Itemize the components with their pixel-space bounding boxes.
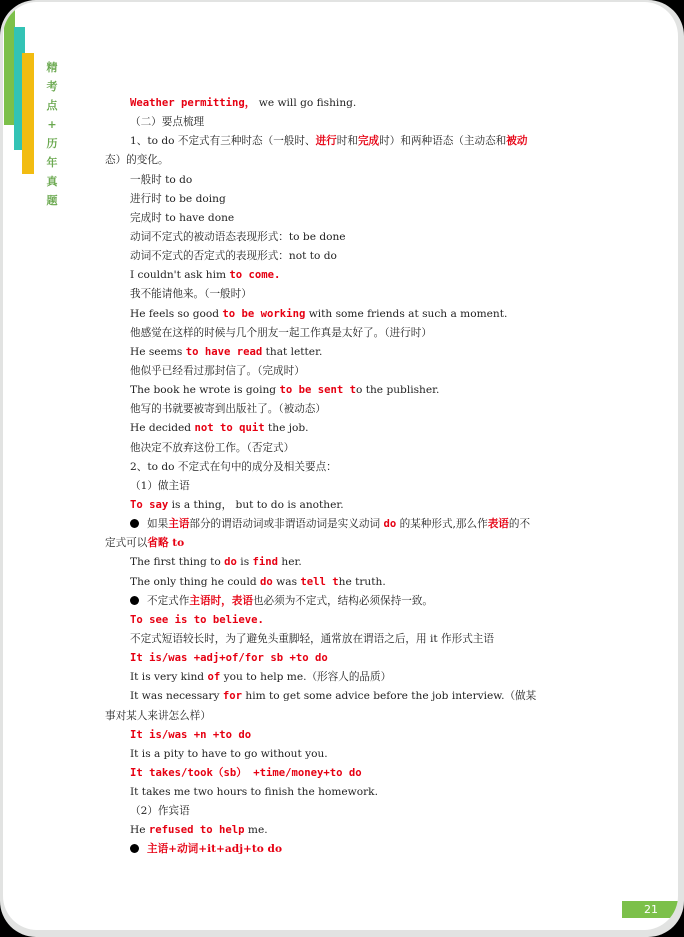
vtitle-char: 题 (45, 191, 59, 210)
text: I couldn't ask him (130, 269, 229, 281)
highlight: It is/was +adj+of/for sb +to do (130, 652, 328, 664)
vtitle-char: 点 (45, 96, 59, 115)
text: He (130, 824, 149, 836)
text-line: 动词不定式的否定式的表现形式：not to do (105, 247, 583, 266)
text: It is very kind (130, 671, 207, 683)
text-line: To say is a thing， but to do is another. (105, 496, 583, 515)
text: me. (245, 824, 268, 836)
vtitle-char: 年 (45, 153, 59, 172)
text: The book he wrote is going (130, 384, 279, 396)
highlight: 主语+动词+it+adj+to do (147, 843, 282, 855)
highlight: to be working (222, 308, 305, 320)
text-line: He refused to help me. (105, 821, 583, 840)
text-line: The book he wrote is going to be sent to… (105, 381, 583, 400)
highlight: do (383, 518, 396, 530)
text-line: 一般时 to do (105, 171, 583, 190)
text-line: It is a pity to have to go without you. (105, 745, 583, 764)
text-line: The only thing he could do was tell the … (105, 573, 583, 592)
text-line: 我不能请他来。（一般时） (105, 285, 583, 304)
subsection-heading: （1）做主语 (105, 477, 583, 496)
text: He decided (130, 422, 194, 434)
text: The only thing he could (130, 576, 260, 588)
vtitle-char: 精 (45, 58, 59, 77)
text-line: 定式可以省略 to (105, 534, 583, 553)
text: was (273, 576, 301, 588)
section-vertical-title: 精 考 点 + 历 年 真 题 (45, 58, 59, 210)
text-line: I couldn't ask him to come. (105, 266, 583, 285)
text-line: It is/was +n +to do (105, 726, 583, 745)
highlight: to have read (186, 346, 263, 358)
text-line: 动词不定式的被动语态表现形式：to be done (105, 228, 583, 247)
text-line: Weather permitting， we will go fishing. (105, 94, 583, 113)
text-line: It was necessary for him to get some adv… (105, 687, 583, 706)
bullet-line: 主语+动词+it+adj+to do (105, 840, 583, 859)
document-body: Weather permitting， we will go fishing. … (105, 94, 583, 860)
text: 不定式作 (147, 595, 189, 607)
text-line: It takes/took（sb） +time/money+to do (105, 764, 583, 783)
highlight: tell t (300, 576, 338, 588)
highlight: find (253, 556, 279, 568)
text-line: To see is to believe. (105, 611, 583, 630)
text: The first thing to (130, 556, 224, 568)
text-line: It takes me two hours to finish the home… (105, 783, 583, 802)
text: you to help me.（形容人的品质） (220, 671, 391, 683)
highlight: not to quit (194, 422, 264, 434)
text: with some friends at such a moment. (305, 308, 507, 320)
vtitle-char: 历 (45, 134, 59, 153)
text: 时和 (337, 135, 358, 147)
text-line: He decided not to quit the job. (105, 419, 583, 438)
highlight: It takes/took（sb） +time/money+to do (130, 767, 362, 779)
text: 定式可以 (105, 537, 147, 549)
text-line: 事对某人来讲怎么样） (105, 707, 583, 726)
highlight: 时， (211, 595, 232, 607)
text-line: It is/was +adj+of/for sb +to do (105, 649, 583, 668)
text-line: He feels so good to be working with some… (105, 305, 583, 324)
text: 也必须为不定式，结构必须保持一致。 (253, 595, 433, 607)
highlight: 完成 (358, 135, 379, 147)
highlight: To see is to believe. (130, 614, 264, 626)
highlight: 被动 (506, 135, 527, 147)
text-line: It is very kind of you to help me.（形容人的品… (105, 668, 583, 687)
text: 的某种形式,那么作 (396, 518, 487, 530)
highlight: 省略 to (147, 537, 184, 549)
page-background: 精 考 点 + 历 年 真 题 Weather permitting， we w… (0, 0, 684, 937)
text: him to get some advice before the job in… (242, 690, 536, 702)
text-line: 他感觉在这样的时候与几个朋友一起工作真是太好了。（进行时） (105, 324, 583, 343)
bullet-icon (130, 844, 139, 853)
highlight: It is/was +n +to do (130, 729, 251, 741)
highlight: to be sent t (279, 384, 356, 396)
text: 如果 (147, 518, 168, 530)
highlight: 表语 (488, 518, 509, 530)
highlight: 进行 (316, 135, 337, 147)
text: is (237, 556, 253, 568)
text-line: 他决定不放弃这份工作。（否定式） (105, 439, 583, 458)
highlight: for (223, 690, 242, 702)
text: that letter. (262, 346, 322, 358)
text: It was necessary (130, 690, 223, 702)
text: her. (278, 556, 302, 568)
highlight: to come. (229, 269, 280, 281)
text: o the publisher. (356, 384, 439, 396)
highlight: of (207, 671, 220, 683)
text: is a thing， but to do is another. (168, 499, 343, 511)
highlight: To say (130, 499, 168, 511)
text-line: The first thing to do is find her. (105, 553, 583, 572)
text: 时）和两种语态（主动态和 (379, 135, 506, 147)
highlight: 主语 (168, 518, 189, 530)
vtitle-char: + (45, 115, 59, 134)
text-line: 1、to do 不定式有三种时态（一般时、进行时和完成时）和两种语态（主动态和被… (105, 132, 583, 151)
text-line: 不定式短语较长时，为了避免头重脚轻，通常放在谓语之后，用 it 作形式主语 (105, 630, 583, 649)
decorative-bar-yellow (22, 53, 34, 174)
highlight: do (224, 556, 237, 568)
text: we will go fishing. (255, 97, 356, 109)
text: 的不 (509, 518, 530, 530)
text-line: He seems to have read that letter. (105, 343, 583, 362)
bullet-line: 不定式作主语时，表语也必须为不定式，结构必须保持一致。 (105, 592, 583, 611)
page-number-badge: 21 (622, 901, 678, 918)
bullet-line: 如果主语部分的谓语动词或非谓语动词是实义动词 do 的某种形式,那么作表语的不 (105, 515, 583, 534)
text: He seems (130, 346, 186, 358)
text-line: 态）的变化。 (105, 151, 583, 170)
text: 部分的谓语动词或非谓语动词是实义动词 (189, 518, 383, 530)
highlight: Weather permitting， (130, 97, 255, 109)
text: He feels so good (130, 308, 222, 320)
vtitle-char: 真 (45, 172, 59, 191)
highlight: do (260, 576, 273, 588)
text-line: 他似乎已经看过那封信了。（完成时） (105, 362, 583, 381)
text: 1、to do 不定式有三种时态（一般时、 (130, 135, 316, 147)
highlight: refused to help (149, 824, 245, 836)
subsection-heading: （2）作宾语 (105, 802, 583, 821)
section-heading: （二）要点梳理 (105, 113, 583, 132)
text: the job. (265, 422, 309, 434)
text-line: 2、to do 不定式在句中的成分及相关要点： (105, 458, 583, 477)
text-line: 完成时 to have done (105, 209, 583, 228)
text-line: 进行时 to be doing (105, 190, 583, 209)
text-line: 他写的书就要被寄到出版社了。（被动态） (105, 400, 583, 419)
vtitle-char: 考 (45, 77, 59, 96)
highlight: 表语 (232, 595, 253, 607)
document-sheet: 精 考 点 + 历 年 真 题 Weather permitting， we w… (3, 2, 678, 930)
bullet-icon (130, 596, 139, 605)
text: he truth. (339, 576, 386, 588)
bullet-icon (130, 519, 139, 528)
highlight: 主语 (189, 595, 210, 607)
